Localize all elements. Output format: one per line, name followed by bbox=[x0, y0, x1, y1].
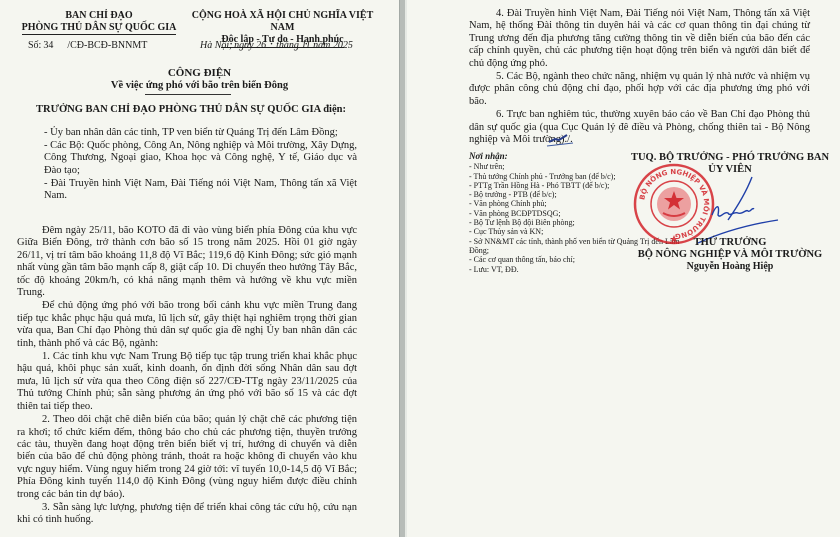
signer-name: Nguyễn Hoàng Hiệp bbox=[630, 261, 830, 273]
nation-name: CỘNG HOÀ XÃ HỘI CHỦ NGHĨA VIỆT NAM bbox=[185, 10, 380, 34]
recipient: - Các Bộ: Quốc phòng, Công An, Nông nghi… bbox=[44, 140, 357, 177]
document-subtitle: Về việc ứng phó với bão trên biển Đông bbox=[0, 80, 399, 91]
paragraph: 4. Đài Truyền hình Việt Nam, Đài Tiếng n… bbox=[469, 8, 810, 70]
authority-line: TUQ. BỘ TRƯỞNG - PHÓ TRƯỞNG BAN bbox=[630, 152, 830, 164]
recipients-list: - Ủy ban nhân dân các tỉnh, TP ven biển … bbox=[44, 127, 357, 202]
body-text-right: 4. Đài Truyền hình Việt Nam, Đài Tiếng n… bbox=[469, 8, 810, 147]
paragraph: 6. Trực ban nghiêm túc, thường xuyên báo… bbox=[469, 109, 810, 146]
recipient: - Đài Truyền hình Việt Nam, Đài Tiếng nó… bbox=[44, 178, 357, 202]
document-date: Hà Nội, ngày 26tháng 11 năm 2025 bbox=[200, 40, 353, 51]
document-title: CÔNG ĐIỆN bbox=[0, 67, 399, 80]
paragraph: 1. Các tỉnh khu vực Nam Trung Bộ tiếp tụ… bbox=[17, 351, 357, 413]
recipient: - Ủy ban nhân dân các tỉnh, TP ven biển … bbox=[44, 127, 357, 139]
signer-block: THỨ TRƯỞNG BỘ NÔNG NGHIỆP VÀ MÔI TRƯỜNG … bbox=[630, 237, 830, 273]
signature-authority: TUQ. BỘ TRƯỞNG - PHÓ TRƯỞNG BAN ỦY VIÊN bbox=[630, 152, 830, 176]
addressor-line: TRƯỞNG BAN CHỈ ĐẠO PHÒNG THỦ DÂN SỰ QUỐC… bbox=[36, 104, 346, 115]
paragraph: Đêm ngày 25/11, bão KOTO đã đi vào vùng … bbox=[17, 225, 357, 299]
subtitle-underline bbox=[145, 94, 231, 95]
page-divider bbox=[399, 0, 407, 537]
issuing-agency: BAN CHỈ ĐẠO PHÒNG THỦ DÂN SỰ QUỐC GIA bbox=[14, 10, 184, 35]
agency-line-1: BAN CHỈ ĐẠO bbox=[14, 10, 184, 22]
paragraph: Để chủ động ứng phó với bão trong bối cả… bbox=[17, 300, 357, 350]
body-text-left: Đêm ngày 25/11, bão KOTO đã đi vào vùng … bbox=[17, 225, 357, 528]
signer-ministry: BỘ NÔNG NGHIỆP VÀ MÔI TRƯỜNG bbox=[630, 249, 830, 261]
document-number: Số:34/CĐ-BCĐ-BNNMT bbox=[28, 40, 147, 51]
paragraph: 2. Theo dõi chặt chẽ diễn biến của bão; … bbox=[17, 414, 357, 501]
paragraph: 5. Các Bộ, ngành theo chức năng, nhiệm v… bbox=[469, 71, 810, 108]
agency-line-2: PHÒNG THỦ DÂN SỰ QUỐC GIA bbox=[22, 22, 177, 35]
document-page-1: BAN CHỈ ĐẠO PHÒNG THỦ DÂN SỰ QUỐC GIA CỘ… bbox=[0, 0, 399, 537]
initial-signature-icon bbox=[545, 133, 577, 147]
paragraph: 3. Sẵn sàng lực lượng, phương tiện để tr… bbox=[17, 502, 357, 527]
signer-title: THỨ TRƯỞNG bbox=[630, 237, 830, 249]
